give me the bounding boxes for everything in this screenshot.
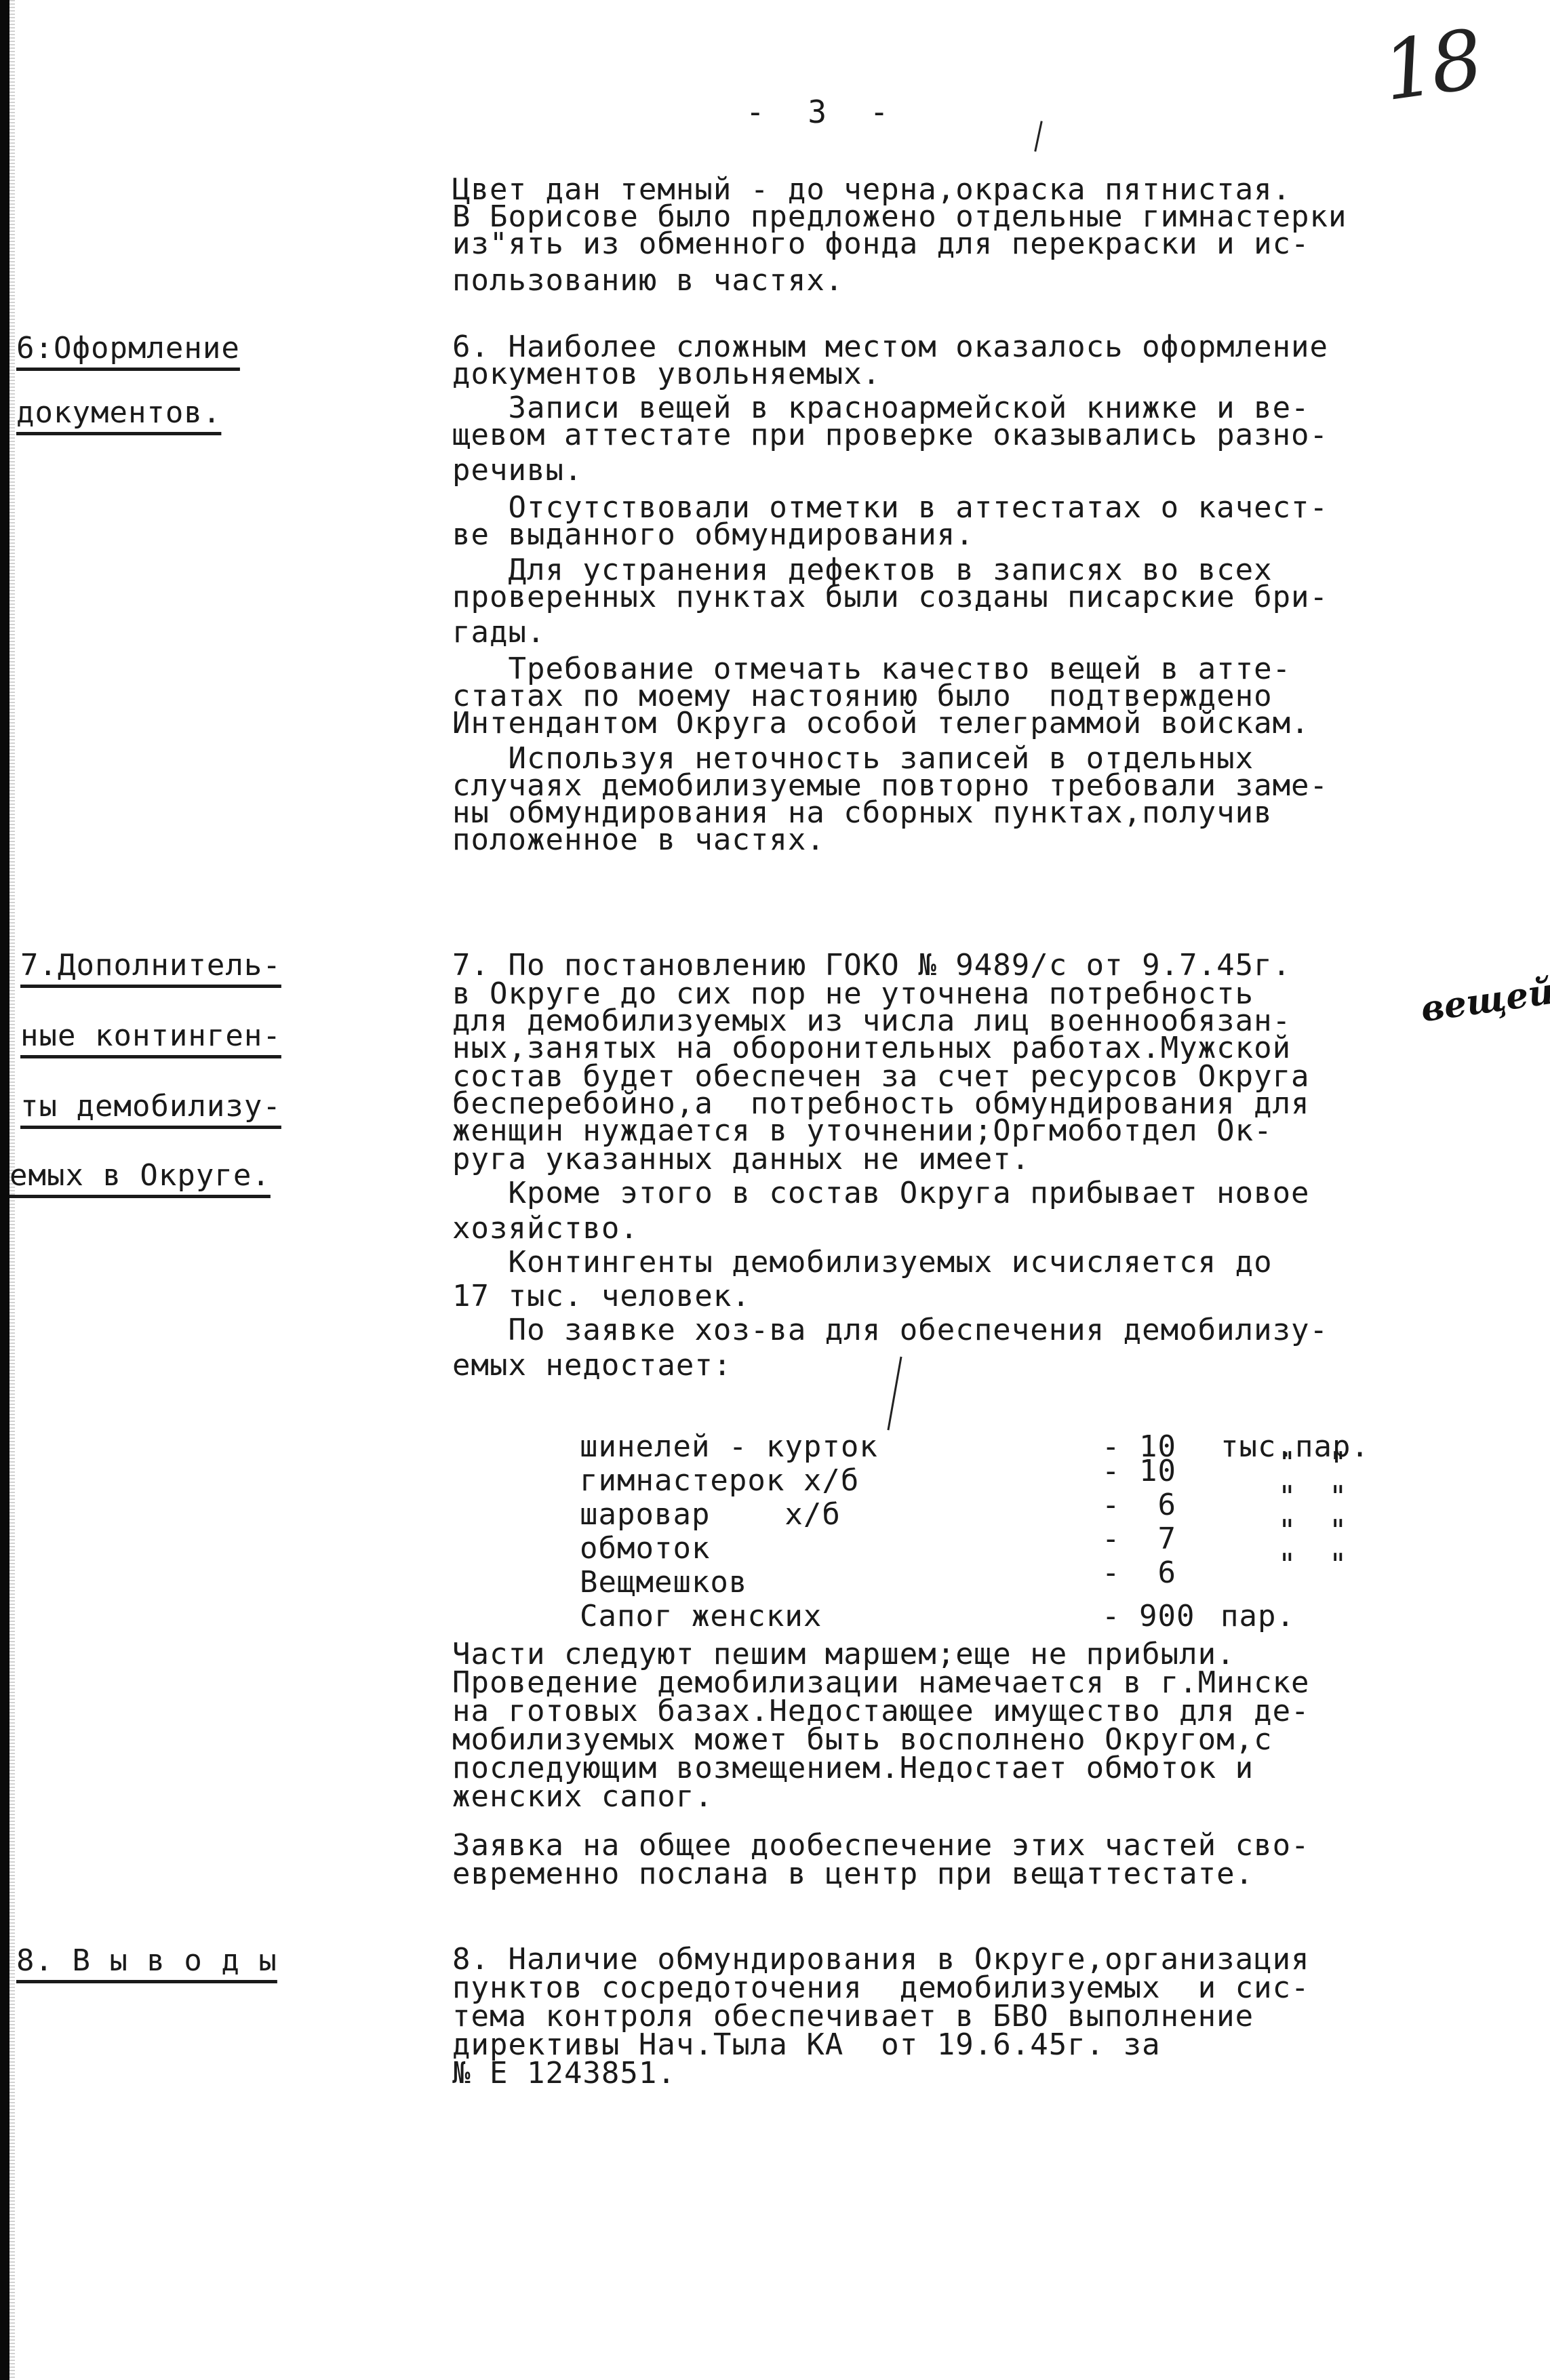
handwritten-tick-mark	[1034, 121, 1042, 152]
shortage-qty: - 7	[1102, 1524, 1176, 1554]
text-line: проверенных пунктах были созданы писарск…	[452, 582, 1328, 612]
text-line: ве выданного обмундирования.	[452, 520, 974, 550]
margin-heading-line: ные континген-	[20, 1021, 281, 1051]
shortage-unit: "	[1278, 1516, 1297, 1546]
shortage-unit: "	[1278, 1448, 1297, 1478]
text-line: № Е 1243851.	[452, 2059, 676, 2088]
document-page: 18 - 3 - Цвет дан темный - до черна,окра…	[0, 0, 1550, 2380]
shortage-unit: "	[1278, 1550, 1297, 1580]
shortage-unit: "	[1329, 1516, 1348, 1546]
shortage-unit: "	[1278, 1482, 1297, 1512]
shortage-unit: "	[1329, 1448, 1348, 1478]
shortage-qty: - 6	[1102, 1558, 1176, 1588]
shortage-item: Вещмешков	[580, 1568, 747, 1598]
scan-edge-shadow	[0, 0, 9, 2380]
margin-heading-line: документов.	[16, 398, 221, 428]
text-line: щевом аттестате при проверке оказывались…	[452, 420, 1328, 450]
shortage-item: Сапог женских	[580, 1602, 822, 1631]
text-line: гады.	[452, 618, 545, 648]
handwritten-insertion: вещей	[1418, 971, 1550, 1031]
text-line: евременно послана в центр при вещаттеста…	[452, 1859, 1254, 1889]
shortage-qty: - 900	[1102, 1602, 1195, 1631]
margin-heading-line: 8. В ы в о д ы	[16, 1946, 277, 1976]
handwritten-folio-number: 18	[1377, 13, 1485, 119]
text-line: речивы.	[452, 456, 582, 485]
shortage-unit: "	[1329, 1550, 1348, 1580]
shortage-qty: - 10	[1102, 1456, 1176, 1486]
margin-heading-line: емых в Округе.	[9, 1161, 271, 1191]
margin-heading-line: ты демобилизу-	[20, 1092, 281, 1122]
text-line: Кроме этого в состав Округа прибывает но…	[452, 1178, 1310, 1208]
shortage-unit: "	[1329, 1482, 1348, 1512]
text-line: Контингенты демобилизуемых исчисляется д…	[452, 1248, 1273, 1277]
text-line: пользованию в частях.	[452, 266, 843, 296]
margin-heading-line: 7.Дополнитель-	[20, 951, 281, 980]
text-line: женских сапог.	[452, 1782, 713, 1812]
text-line: емых недостает:	[452, 1351, 732, 1381]
text-line: хозяйство.	[452, 1214, 639, 1244]
margin-heading-line: 6:Оформление	[16, 334, 240, 363]
shortage-item: обмоток	[580, 1534, 710, 1564]
shortage-item: шинелей - курток	[580, 1432, 878, 1462]
handwritten-slash-mark	[887, 1357, 902, 1431]
shortage-qty: - 6	[1102, 1490, 1176, 1520]
text-line: 17 тыс. человек.	[452, 1282, 751, 1311]
text-line: руга указанных данных не имеет.	[452, 1145, 1030, 1174]
text-line: из"ять из обменного фонда для перекраски…	[452, 229, 1310, 259]
text-line: документов увольняемых.	[452, 359, 881, 389]
shortage-item: гимнастерок х/б	[580, 1466, 859, 1496]
text-line: По заявке хоз-ва для обеспечения демобил…	[452, 1315, 1328, 1345]
shortage-item: шаровар х/б	[580, 1500, 841, 1530]
page-number: - 3 -	[746, 96, 900, 127]
shortage-unit: пар.	[1220, 1602, 1295, 1631]
text-line: положенное в частях.	[452, 825, 825, 855]
text-line: Интендантом Округа особой телеграммой во…	[452, 709, 1310, 738]
